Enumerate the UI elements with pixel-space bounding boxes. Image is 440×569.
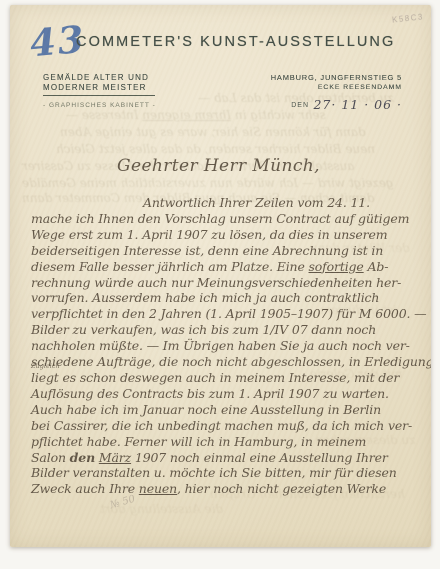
letter-line: Auflösung des Contracts bis zum 1. April… <box>31 386 427 402</box>
letterhead-divider-rule <box>43 95 155 96</box>
marginal-insertion: Zugleich <box>31 362 60 370</box>
letter-line: Bilder zu verkaufen, was ich bis zum 1/I… <box>31 322 427 338</box>
bleedthrough-line: dann für können Sie hier, ware es gut ei… <box>60 125 366 139</box>
letterhead-left-line3: - GRAPHISCHES KABINETT - <box>43 102 156 109</box>
letter-line: diesem Falle besser jährlich am Platze. … <box>31 259 427 275</box>
letter-line: vorrufen. Ausserdem habe ich mich ja auc… <box>31 290 427 306</box>
letterhead-left-line1: GEMÄLDE ALTER UND <box>43 73 156 83</box>
letter-line: liegt es schon deswegen auch in meinem I… <box>31 370 427 386</box>
letterhead-left-line2: MODERNER MEISTER <box>43 83 156 93</box>
letter-line: beiderseitigen Interesse ist, denn eine … <box>31 243 427 259</box>
date-label: DEN <box>291 102 309 109</box>
letter-line: bei Cassirer, die ich unbedingt machen m… <box>31 418 427 434</box>
letter-line: Salon den März 1907 noch einmal eine Aus… <box>31 450 427 466</box>
letter-page: zu berichten oben ist das Lab —sehr wich… <box>10 5 431 547</box>
handwritten-date: 27· 11 · 06 · <box>313 97 402 112</box>
letterhead-address-left: GEMÄLDE ALTER UND MODERNER MEISTER - GRA… <box>43 73 156 109</box>
letterhead-title: COMMETER'S KUNST-AUSSTELLUNG <box>76 34 395 50</box>
letter-line: Auch habe ich im Januar noch eine Ausste… <box>31 402 427 418</box>
dateline: DEN 27· 11 · 06 · <box>271 96 402 114</box>
letter-line: schiedene Aufträge, die noch nicht abges… <box>31 354 427 370</box>
letter-line: Zweck auch Ihre neuen, hier noch nicht g… <box>31 481 427 497</box>
corner-stamp: K58C3 <box>392 12 425 24</box>
letter-body: Antwortlich Ihrer Zeilen vom 24. 11.mach… <box>31 195 427 497</box>
letterhead-right-line2: ECKE REESENDAMM <box>271 84 402 91</box>
letterhead-address-right: HAMBURG, JUNGFERNSTIEG 5 ECKE REESENDAMM… <box>271 73 402 114</box>
bleedthrough-line: gezeigt wird — Ich würde nun zuversichtl… <box>22 176 394 190</box>
letter-line: Antwortlich Ihrer Zeilen vom 24. 11. <box>31 195 427 211</box>
letter-line: verpflichtet in den 2 Jahren (1. April 1… <box>31 306 427 322</box>
letterhead-right-line1: HAMBURG, JUNGFERNSTIEG 5 <box>271 73 402 82</box>
bleedthrough-line: neue Bilder hierher senden, da das alles… <box>56 142 375 156</box>
letter-line: mache ich Ihnen den Vorschlag unsern Con… <box>31 211 427 227</box>
letter-line: nachholen müßte. — Im Übrigen haben Sie … <box>31 338 427 354</box>
salutation: Geehrter Herr Münch, <box>117 156 320 176</box>
letter-line: pflichtet habe. Ferner will ich in Hambu… <box>31 434 427 450</box>
letter-line: Bilder veranstalten u. möchte ich Sie bi… <box>31 465 427 481</box>
letter-line: rechnung würde auch nur Meinungsverschie… <box>31 275 427 291</box>
letter-line: Wege erst zum 1. April 1907 zu lösen, da… <box>31 227 427 243</box>
